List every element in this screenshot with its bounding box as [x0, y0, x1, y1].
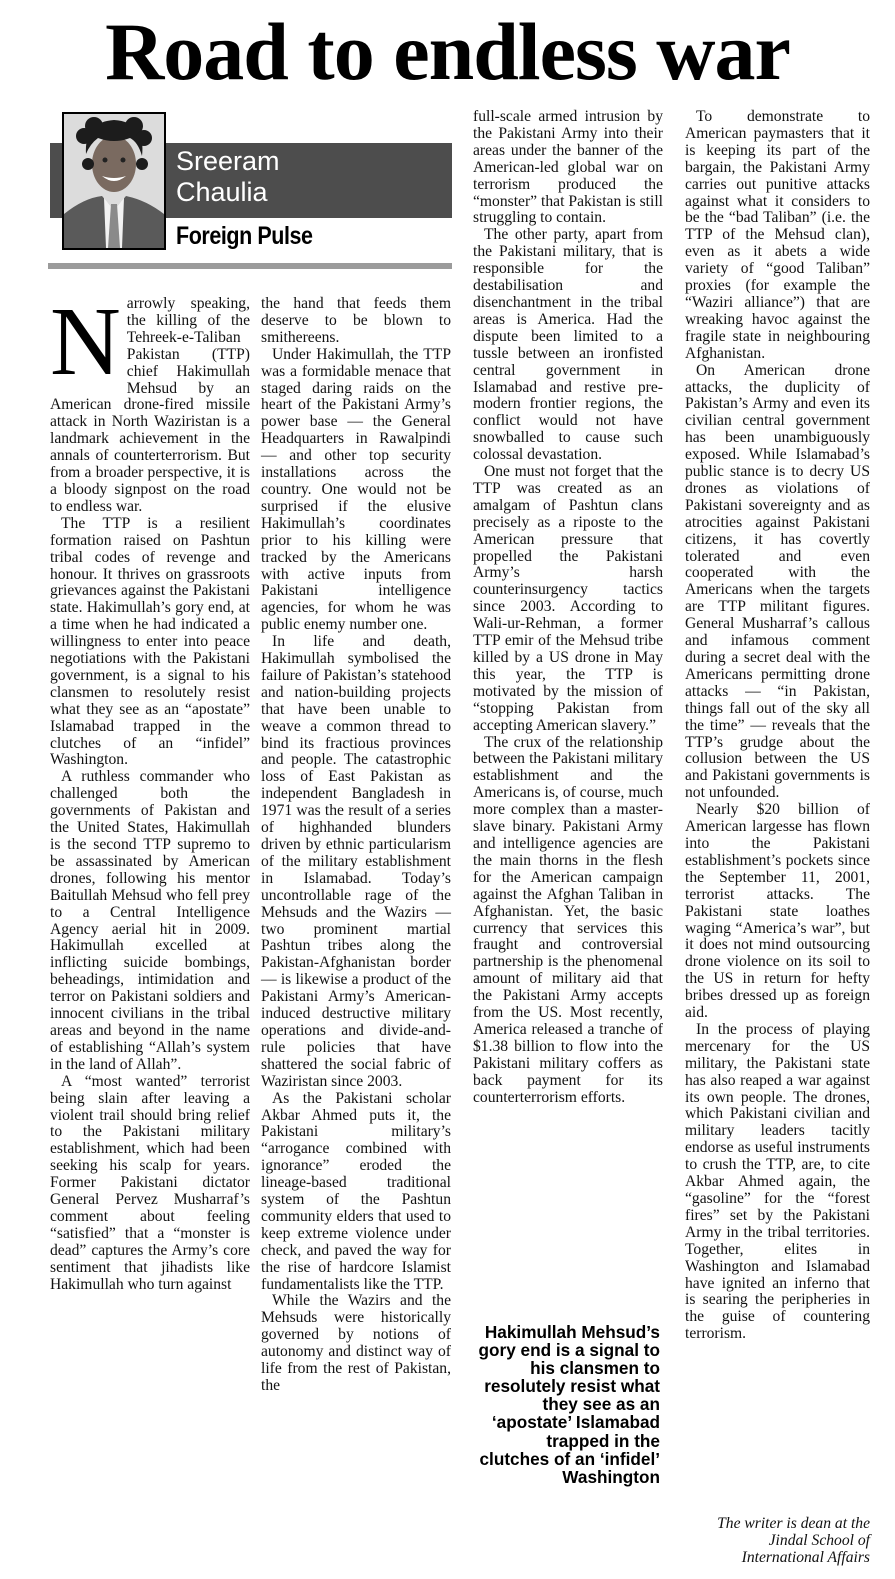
paragraph: The TTP is a resilient formation raised … [50, 516, 250, 770]
paragraph: To demonstrate to American paymasters th… [685, 109, 870, 363]
header-rule [48, 263, 452, 269]
paragraph: the hand that feeds them deserve to be b… [261, 296, 451, 347]
paragraph: Under Hakimullah, the TTP was a formidab… [261, 347, 451, 634]
pull-quote: Hakimullah Mehsud’s gory end is a signal… [478, 1323, 660, 1486]
headline: Road to endless war [0, 4, 895, 100]
article-column-1: Narrowly speaking, the killing of the Te… [50, 296, 250, 1293]
paragraph: In life and death, Hakimullah symbolised… [261, 634, 451, 1090]
author-photo [62, 112, 166, 250]
paragraph: The crux of the relationship between the… [473, 735, 663, 1107]
drop-cap: N [50, 298, 121, 382]
article-column-3: full-scale armed intrusion by the Pakist… [473, 109, 663, 1106]
column-name: Foreign Pulse [176, 220, 313, 252]
paragraph: On American drone attacks, the duplicity… [685, 363, 870, 803]
paragraph: One must not forget that the TTP was cre… [473, 464, 663, 735]
paragraph: full-scale armed intrusion by the Pakist… [473, 109, 663, 227]
author-last-name: Chaulia [176, 177, 446, 208]
author-portrait-icon [64, 114, 164, 248]
article-column-4: To demonstrate to American paymasters th… [685, 109, 870, 1343]
author-name: Sreeram Chaulia [176, 146, 446, 208]
paragraph: A ruthless commander who challenged both… [50, 769, 250, 1073]
paragraph: A “most wanted” terrorist being slain af… [50, 1074, 250, 1294]
paragraph: The other party, apart from the Pakistan… [473, 227, 663, 464]
paragraph: As the Pakistani scholar Akbar Ahmed put… [261, 1091, 451, 1294]
article-column-2: the hand that feeds them deserve to be b… [261, 296, 451, 1395]
writer-note: The writer is dean at the Jindal School … [690, 1515, 870, 1566]
paragraph: While the Wazirs and the Mehsuds were hi… [261, 1293, 451, 1394]
paragraph: Nearly $20 billion of American largesse … [685, 802, 870, 1022]
paragraph: Narrowly speaking, the killing of the Te… [50, 296, 250, 516]
author-first-name: Sreeram [176, 146, 446, 177]
paragraph: In the process of playing mercenary for … [685, 1022, 870, 1343]
